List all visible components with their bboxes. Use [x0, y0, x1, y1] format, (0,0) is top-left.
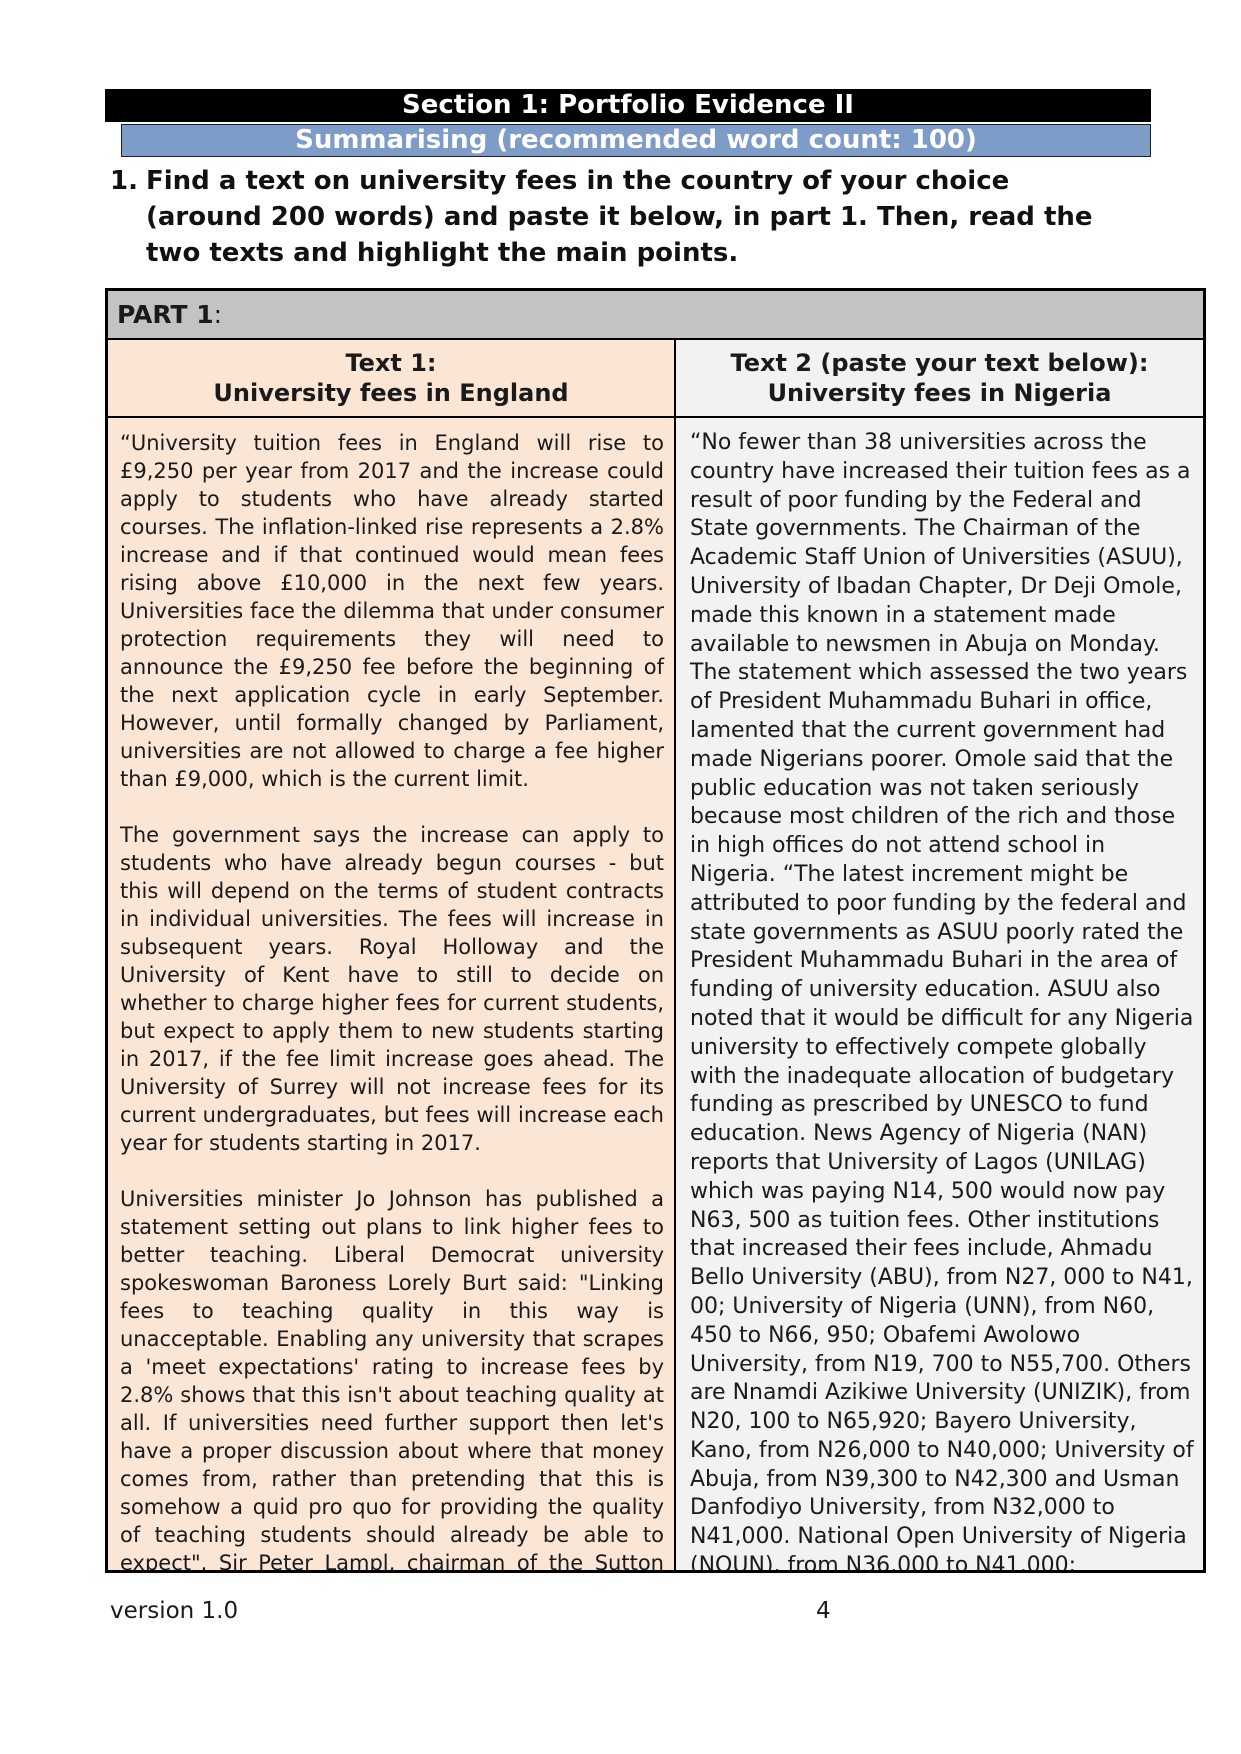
text1-column-header: Text 1: University fees in England — [108, 340, 676, 416]
column-headers-row: Text 1: University fees in England Text … — [108, 340, 1203, 418]
text1-header-line2: University fees in England — [108, 378, 674, 408]
part1-label: PART 1 — [117, 300, 214, 329]
text2-header-line1: Text 2 (paste your text below): — [676, 348, 1203, 378]
texts-body-row: “University tuition fees in England will… — [108, 418, 1203, 1570]
footer-version-label: version 1.0 — [110, 1598, 238, 1624]
instruction-line: (around 200 words) and paste it below, i… — [146, 199, 1093, 235]
text2-body-cell: “No fewer than 38 universities across th… — [676, 418, 1203, 1570]
document-page: Section 1: Portfolio Evidence II Summari… — [0, 0, 1241, 1754]
part1-label-colon: : — [214, 300, 222, 329]
subtitle-bar: Summarising (recommended word count: 100… — [121, 124, 1151, 157]
part1-table: PART 1: Text 1: University fees in Engla… — [105, 288, 1206, 1573]
text2-paragraph: “No fewer than 38 universities across th… — [690, 429, 1195, 1570]
text2-header-line2: University fees in Nigeria — [676, 378, 1203, 408]
text1-paragraph: “University tuition fees in England will… — [120, 429, 664, 793]
text1-body-cell: “University tuition fees in England will… — [108, 418, 676, 1570]
instruction-line: two texts and highlight the main points. — [146, 235, 1093, 271]
instruction-text: Find a text on university fees in the co… — [146, 163, 1093, 271]
text1-header-line1: Text 1: — [108, 348, 674, 378]
text1-paragraph: Universities minister Jo Johnson has pub… — [120, 1185, 664, 1570]
section-title-bar: Section 1: Portfolio Evidence II — [105, 89, 1151, 122]
part1-header-row: PART 1: — [108, 291, 1203, 340]
text2-column-header: Text 2 (paste your text below): Universi… — [676, 340, 1203, 416]
footer-page-number: 4 — [816, 1598, 831, 1624]
instruction-item: 1. Find a text on university fees in the… — [110, 163, 1170, 271]
instruction-number: 1. — [110, 163, 146, 271]
text1-paragraph: The government says the increase can app… — [120, 821, 664, 1157]
instruction-line: Find a text on university fees in the co… — [146, 163, 1093, 199]
